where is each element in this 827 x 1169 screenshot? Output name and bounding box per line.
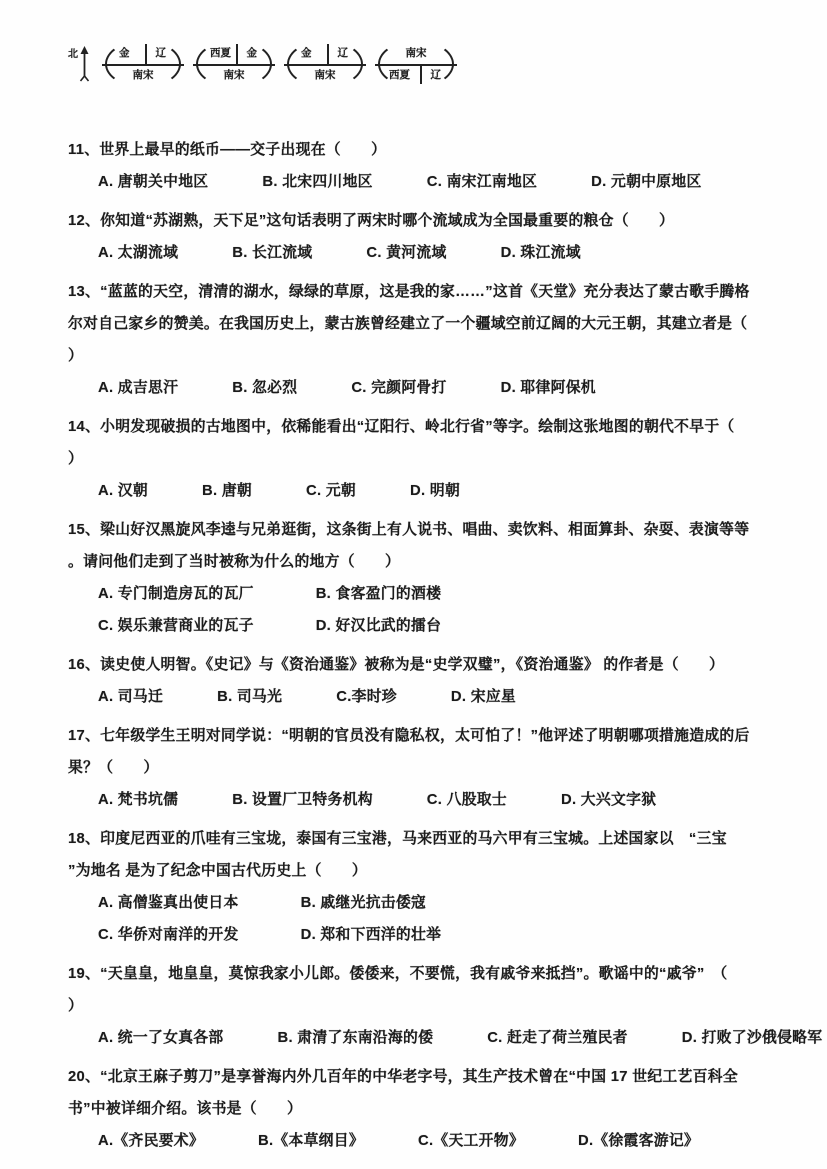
question-18-option-b: B. 戚继光抗击倭寇 bbox=[301, 887, 427, 919]
question-18-text-line: 18、印度尼西亚的爪哇有三宝垅，泰国有三宝港，马来西亚的马六甲有三宝城。上述国家… bbox=[68, 823, 775, 855]
question-12-option-c: C. 黄河流域 bbox=[366, 237, 446, 269]
question-16-options-row: A. 司马迁B. 司马光C.李时珍D. 宋应星 bbox=[68, 681, 775, 713]
diagram-vertical-divider bbox=[145, 44, 147, 64]
diagram-label-top-left: 西夏 bbox=[210, 48, 231, 59]
question-20-option-d: D.《徐霞客游记》 bbox=[578, 1125, 699, 1157]
circle-diagram-3: 金辽南宋 bbox=[287, 40, 363, 88]
diagrams-container: 金辽南宋西夏金南宋金辽南宋南宋西夏辽 bbox=[105, 40, 454, 88]
question-13-text-line: ） bbox=[68, 340, 775, 372]
question-11-option-a: A. 唐朝关中地区 bbox=[98, 166, 208, 198]
question-18-option-d: D. 郑和下西洋的壮举 bbox=[301, 919, 442, 951]
question-19-text-line: 19、“天皇皇，地皇皇，莫惊我家小儿郎。倭倭来，不要慌，我有戚爷来抵挡”。歌谣中… bbox=[68, 958, 775, 990]
questions-list: 11、世界上最早的纸币——交子出现在（ ）A. 唐朝关中地区B. 北宋四川地区C… bbox=[68, 134, 775, 1157]
question-19-option-c: C. 赶走了荷兰殖民者 bbox=[487, 1022, 628, 1054]
question-13-option-b: B. 忽必烈 bbox=[232, 372, 297, 404]
question-13: 13、“蓝蓝的天空，清清的湖水，绿绿的草原，这是我的家……”这首《天堂》充分表达… bbox=[68, 276, 775, 404]
diagram-horizontal-divider bbox=[193, 64, 275, 66]
north-label: 北 bbox=[68, 50, 78, 60]
question-13-options-row: A. 成吉思汗B. 忽必烈C. 完颜阿骨打D. 耶律阿保机 bbox=[68, 372, 775, 404]
diagram-horizontal-divider bbox=[375, 64, 457, 66]
question-15: 15、梁山好汉黑旋风李逵与兄弟逛街，这条街上有人说书、唱曲、卖饮料、相面算卦、杂… bbox=[68, 514, 775, 642]
question-11-option-d: D. 元朝中原地区 bbox=[591, 166, 701, 198]
question-19-options-row: A. 统一了女真各部B. 肃清了东南沿海的倭C. 赶走了荷兰殖民者D. 打败了沙… bbox=[68, 1022, 775, 1054]
question-15-option-b: B. 食客盈门的酒楼 bbox=[316, 578, 442, 610]
question-15-option-c: C. 娱乐兼营商业的瓦子 bbox=[98, 610, 254, 642]
diagram-label-top-right: 辽 bbox=[156, 48, 167, 59]
circle-diagram-4: 南宋西夏辽 bbox=[378, 40, 454, 88]
question-19-option-d: D. 打败了沙俄侵略军 bbox=[682, 1022, 823, 1054]
question-19-option-b: B. 肃清了东南沿海的倭 bbox=[278, 1022, 434, 1054]
diagram-label-bottom: 南宋 bbox=[287, 70, 363, 81]
question-17-option-d: D. 大兴文字狱 bbox=[561, 784, 656, 816]
diagram-label-bottom: 南宋 bbox=[105, 70, 181, 81]
question-17-text-line: 果？（ ） bbox=[68, 752, 775, 784]
question-17-option-c: C. 八股取士 bbox=[427, 784, 507, 816]
question-15-text-line: 15、梁山好汉黑旋风李逵与兄弟逛街，这条街上有人说书、唱曲、卖饮料、相面算卦、杂… bbox=[68, 514, 775, 546]
diagram-label-top-left: 金 bbox=[301, 48, 312, 59]
question-15-option-d: D. 好汉比武的擂台 bbox=[316, 610, 442, 642]
circle-diagram-2: 西夏金南宋 bbox=[196, 40, 272, 88]
question-13-option-d: D. 耶律阿保机 bbox=[501, 372, 596, 404]
diagram-label-bottom: 南宋 bbox=[196, 70, 272, 81]
diagram-label-bottom-right: 辽 bbox=[431, 70, 442, 81]
circle-diagram-1: 金辽南宋 bbox=[105, 40, 181, 88]
question-13-option-c: C. 完颜阿骨打 bbox=[351, 372, 446, 404]
question-20-option-b: B.《本草纲目》 bbox=[258, 1125, 364, 1157]
diagram-vertical-divider bbox=[236, 44, 238, 64]
question-20: 20、“北京王麻子剪刀”是享誉海内外几百年的中华老字号，其生产技术曾在“中国 1… bbox=[68, 1061, 775, 1157]
question-16-option-a: A. 司马迁 bbox=[98, 681, 163, 713]
question-15-options-row: A. 专门制造房瓦的瓦厂B. 食客盈门的酒楼 bbox=[68, 578, 775, 610]
question-16-option-b: B. 司马光 bbox=[217, 681, 282, 713]
question-18: 18、印度尼西亚的爪哇有三宝垅，泰国有三宝港，马来西亚的马六甲有三宝城。上述国家… bbox=[68, 823, 775, 951]
question-17: 17、七年级学生王明对同学说：“明朝的官员没有隐私权，太可怕了！”他评述了明朝哪… bbox=[68, 720, 775, 816]
question-20-options-row: A.《齐民要术》B.《本草纲目》C.《天工开物》D.《徐霞客游记》 bbox=[68, 1125, 775, 1157]
diagram-label-top-right: 金 bbox=[247, 48, 258, 59]
question-14-option-c: C. 元朝 bbox=[306, 475, 356, 507]
question-12-options-row: A. 太湖流域B. 长江流域C. 黄河流域D. 珠江流域 bbox=[68, 237, 775, 269]
north-compass-indicator: 北 bbox=[68, 46, 90, 82]
diagram-vertical-divider bbox=[420, 64, 422, 84]
question-11: 11、世界上最早的纸币——交子出现在（ ）A. 唐朝关中地区B. 北宋四川地区C… bbox=[68, 134, 775, 198]
diagram-label-bottom-left: 西夏 bbox=[389, 70, 410, 81]
question-13-text-line: 13、“蓝蓝的天空，清清的湖水，绿绿的草原，这是我的家……”这首《天堂》充分表达… bbox=[68, 276, 775, 308]
question-17-option-a: A. 梵书坑儒 bbox=[98, 784, 178, 816]
question-14-text-line: ） bbox=[68, 443, 775, 475]
question-17-option-b: B. 设置厂卫特务机构 bbox=[232, 784, 373, 816]
question-11-option-b: B. 北宋四川地区 bbox=[262, 166, 372, 198]
question-14-options-row: A. 汉朝B. 唐朝C. 元朝D. 明朝 bbox=[68, 475, 775, 507]
north-arrow-icon bbox=[79, 46, 90, 82]
question-11-options-row: A. 唐朝关中地区B. 北宋四川地区C. 南宋江南地区D. 元朝中原地区 bbox=[68, 166, 775, 198]
question-17-text-line: 17、七年级学生王明对同学说：“明朝的官员没有隐私权，太可怕了！”他评述了明朝哪… bbox=[68, 720, 775, 752]
question-12-option-a: A. 太湖流域 bbox=[98, 237, 178, 269]
question-16: 16、读史使人明智。《史记》与《资治通鉴》被称为是“史学双璧”，《资治通鉴》 的… bbox=[68, 649, 775, 713]
diagram-label-top-right: 辽 bbox=[338, 48, 349, 59]
question-19: 19、“天皇皇，地皇皇，莫惊我家小儿郎。倭倭来，不要慌，我有戚爷来抵挡”。歌谣中… bbox=[68, 958, 775, 1054]
question-14-option-a: A. 汉朝 bbox=[98, 475, 148, 507]
question-18-options-row: A. 高僧鉴真出使日本B. 戚继光抗击倭寇 bbox=[68, 887, 775, 919]
question-20-option-c: C.《天工开物》 bbox=[418, 1125, 524, 1157]
question-16-option-d: D. 宋应星 bbox=[451, 681, 516, 713]
diagram-horizontal-divider bbox=[102, 64, 184, 66]
question-18-options-row: C. 华侨对南洋的开发D. 郑和下西洋的壮举 bbox=[68, 919, 775, 951]
question-15-option-a: A. 专门制造房瓦的瓦厂 bbox=[98, 578, 254, 610]
question-11-text-line: 11、世界上最早的纸币——交子出现在（ ） bbox=[68, 134, 775, 166]
question-19-text-line: ） bbox=[68, 990, 775, 1022]
question-15-text-line: 。请问他们走到了当时被称为什么的地方（ ） bbox=[68, 546, 775, 578]
question-20-option-a: A.《齐民要术》 bbox=[98, 1125, 204, 1157]
question-11-option-c: C. 南宋江南地区 bbox=[427, 166, 537, 198]
exam-page: 北 金辽南宋西夏金南宋金辽南宋南宋西夏辽 11、世界上最早的纸币——交子出现在（… bbox=[0, 0, 827, 1157]
question-14-text-line: 14、小明发现破损的古地图中，依稀能看出“辽阳行、岭北行省”等字。绘制这张地图的… bbox=[68, 411, 775, 443]
diagram-label-top-left: 金 bbox=[119, 48, 130, 59]
diagram-horizontal-divider bbox=[284, 64, 366, 66]
diagram-label-top: 南宋 bbox=[378, 48, 454, 59]
diagram-vertical-divider bbox=[327, 44, 329, 64]
question-10-option-diagrams: 北 金辽南宋西夏金南宋金辽南宋南宋西夏辽 bbox=[68, 40, 775, 98]
question-12-text-line: 12、你知道“苏湖熟，天下足”这句话表明了两宋时哪个流域成为全国最重要的粮仓（ … bbox=[68, 205, 775, 237]
question-18-text-line: ”为地名 是为了纪念中国古代历史上（ ） bbox=[68, 855, 775, 887]
question-20-text-line: 书”中被详细介绍。该书是（ ） bbox=[68, 1093, 775, 1125]
question-12-option-b: B. 长江流域 bbox=[232, 237, 312, 269]
question-14-option-d: D. 明朝 bbox=[410, 475, 460, 507]
question-19-option-a: A. 统一了女真各部 bbox=[98, 1022, 224, 1054]
question-18-option-c: C. 华侨对南洋的开发 bbox=[98, 919, 239, 951]
question-14: 14、小明发现破损的古地图中，依稀能看出“辽阳行、岭北行省”等字。绘制这张地图的… bbox=[68, 411, 775, 507]
question-16-option-c: C.李时珍 bbox=[336, 681, 397, 713]
question-16-text-line: 16、读史使人明智。《史记》与《资治通鉴》被称为是“史学双璧”，《资治通鉴》 的… bbox=[68, 649, 775, 681]
question-12-option-d: D. 珠江流域 bbox=[501, 237, 581, 269]
question-18-option-a: A. 高僧鉴真出使日本 bbox=[98, 887, 239, 919]
question-12: 12、你知道“苏湖熟，天下足”这句话表明了两宋时哪个流域成为全国最重要的粮仓（ … bbox=[68, 205, 775, 269]
question-13-text-line: 尔对自己家乡的赞美。在我国历史上，蒙古族曾经建立了一个疆域空前辽阔的大元王朝，其… bbox=[68, 308, 775, 340]
question-13-option-a: A. 成吉思汗 bbox=[98, 372, 178, 404]
question-17-options-row: A. 梵书坑儒B. 设置厂卫特务机构C. 八股取士D. 大兴文字狱 bbox=[68, 784, 775, 816]
question-14-option-b: B. 唐朝 bbox=[202, 475, 252, 507]
question-20-text-line: 20、“北京王麻子剪刀”是享誉海内外几百年的中华老字号，其生产技术曾在“中国 1… bbox=[68, 1061, 775, 1093]
question-15-options-row: C. 娱乐兼营商业的瓦子D. 好汉比武的擂台 bbox=[68, 610, 775, 642]
